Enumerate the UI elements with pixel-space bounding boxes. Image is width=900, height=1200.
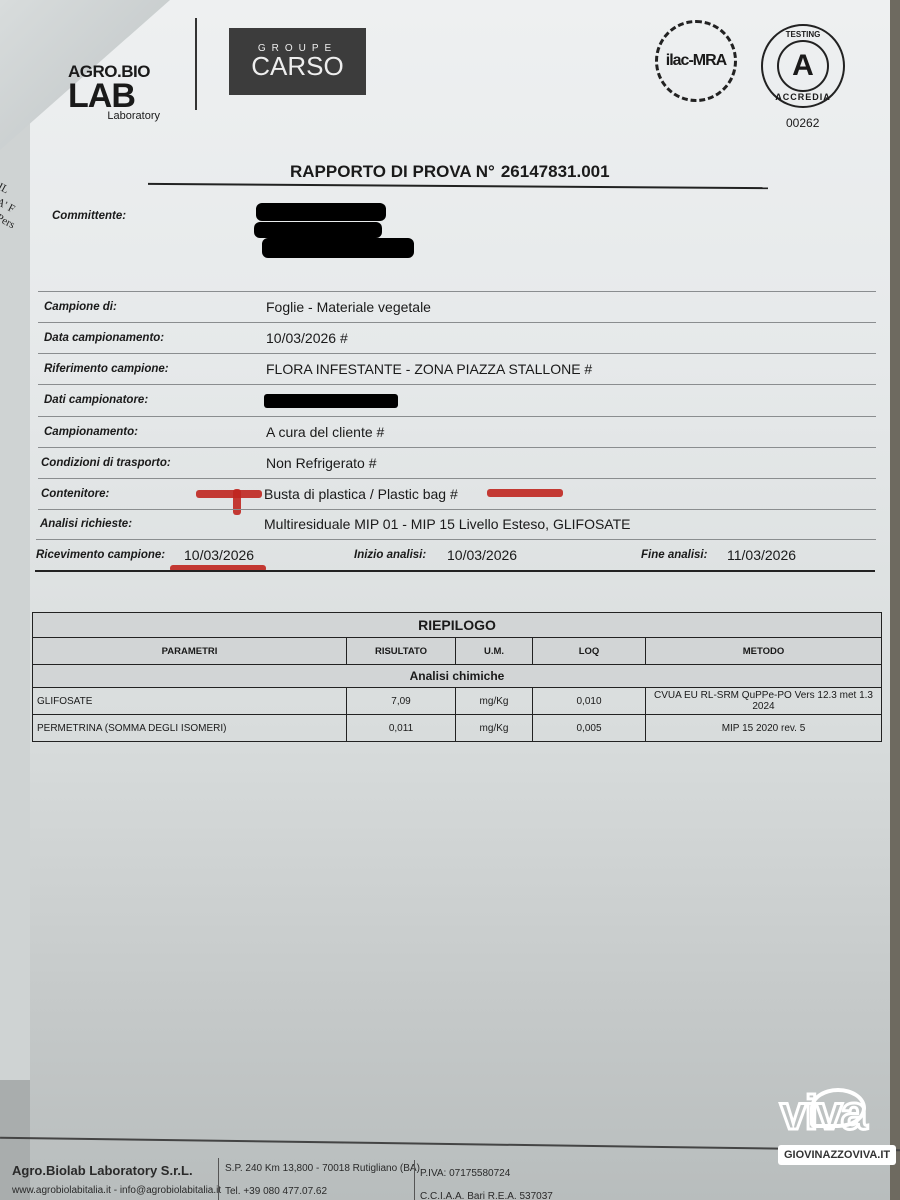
inizio-analisi-label: Inizio analisi: bbox=[354, 549, 426, 561]
desk-edge bbox=[890, 0, 900, 1200]
footer-separator bbox=[414, 1160, 415, 1200]
campione-value: Foglie - Materiale vegetale bbox=[266, 299, 431, 315]
ricevimento-value: 10/03/2026 bbox=[184, 547, 254, 563]
speech-bubble-icon bbox=[810, 1088, 866, 1128]
groupe-carso-logo: GROUPE CARSO bbox=[229, 28, 366, 95]
col-risultato: RISULTATO bbox=[347, 638, 456, 665]
accreditation-number: 00262 bbox=[786, 116, 819, 130]
report-number: 26147831.001 bbox=[501, 162, 610, 181]
accredia-logo: TESTING A ACCREDIA bbox=[761, 24, 845, 108]
accredia-a-icon: A bbox=[777, 40, 829, 92]
riferimento-value: FLORA INFESTANTE - ZONA PIAZZA STALLONE … bbox=[266, 361, 592, 377]
risultato-cell: 0,011 bbox=[347, 715, 456, 742]
footer-company: Agro.Biolab Laboratory S.r.L. bbox=[12, 1163, 193, 1178]
divider bbox=[38, 291, 876, 292]
um-cell: mg/Kg bbox=[456, 688, 533, 715]
committente-redaction bbox=[256, 203, 386, 221]
riepilogo-table: RIEPILOGO PARAMETRI RISULTATO U.M. LOQ M… bbox=[32, 612, 882, 742]
table-row: PERMETRINA (SOMMA DEGLI ISOMERI) 0,011 m… bbox=[33, 715, 882, 742]
watermark-site: GIOVINAZZOVIVA.IT bbox=[778, 1145, 896, 1165]
inizio-analisi-value: 10/03/2026 bbox=[447, 547, 517, 563]
report-title: RAPPORTO DI PROVA N°26147831.001 bbox=[290, 162, 610, 182]
col-um: U.M. bbox=[456, 638, 533, 665]
fine-analisi-label: Fine analisi: bbox=[641, 549, 707, 561]
divider bbox=[38, 447, 876, 448]
metodo-cell: MIP 15 2020 rev. 5 bbox=[646, 715, 882, 742]
condizioni-trasporto-value: Non Refrigerato # bbox=[266, 455, 377, 471]
red-marker-stroke bbox=[487, 489, 563, 497]
underlying-page-text: IL TA' F co Pers bbox=[0, 180, 30, 232]
divider bbox=[38, 509, 876, 510]
red-marker-stroke bbox=[233, 489, 241, 515]
divider bbox=[38, 384, 876, 385]
agrobiolab-logo: AGRO.BIO LAB Laboratory bbox=[68, 62, 168, 122]
campionamento-label: Campionamento: bbox=[44, 426, 138, 438]
footer-address: S.P. 240 Km 13,800 - 70018 Rutigliano (B… bbox=[225, 1163, 420, 1174]
logo-divider bbox=[195, 18, 197, 110]
divider bbox=[36, 539, 876, 540]
loq-cell: 0,010 bbox=[533, 688, 646, 715]
dati-campionatore-label: Dati campionatore: bbox=[44, 394, 148, 406]
footer-piva: P.IVA: 07175580724 bbox=[420, 1168, 510, 1179]
campionatore-redaction bbox=[264, 394, 398, 408]
divider bbox=[38, 478, 876, 479]
contenitore-value: Busta di plastica / Plastic bag # bbox=[264, 486, 458, 502]
ricevimento-label: Ricevimento campione: bbox=[36, 549, 165, 561]
um-cell: mg/Kg bbox=[456, 715, 533, 742]
section-rule bbox=[35, 570, 875, 572]
contenitore-label: Contenitore: bbox=[41, 488, 109, 500]
condizioni-trasporto-label: Condizioni di trasporto: bbox=[41, 457, 171, 469]
divider bbox=[38, 322, 876, 323]
committente-redaction bbox=[254, 222, 382, 238]
parametro-cell: GLIFOSATE bbox=[33, 688, 347, 715]
footer-tel: Tel. +39 080 477.07.62 bbox=[225, 1186, 327, 1197]
data-campionamento-label: Data campionamento: bbox=[44, 332, 164, 344]
col-loq: LOQ bbox=[533, 638, 646, 665]
loq-cell: 0,005 bbox=[533, 715, 646, 742]
footer-web-email: www.agrobiolabitalia.it - info@agrobiola… bbox=[12, 1185, 221, 1196]
campione-label: Campione di: bbox=[44, 301, 117, 313]
committente-label: Committente: bbox=[52, 210, 126, 222]
risultato-cell: 7,09 bbox=[347, 688, 456, 715]
footer-cciaa: C.C.I.A.A. Bari R.E.A. 537037 bbox=[420, 1191, 553, 1200]
red-marker-stroke bbox=[196, 490, 262, 498]
data-campionamento-value: 10/03/2026 # bbox=[266, 330, 348, 346]
campionamento-value: A cura del cliente # bbox=[266, 424, 384, 440]
table-row: GLIFOSATE 7,09 mg/Kg 0,010 CVUA EU RL-SR… bbox=[33, 688, 882, 715]
analisi-richieste-value: Multiresiduale MIP 01 - MIP 15 Livello E… bbox=[264, 516, 630, 532]
col-metodo: METODO bbox=[646, 638, 882, 665]
committente-redaction bbox=[262, 238, 414, 258]
riepilogo-title: RIEPILOGO bbox=[33, 613, 882, 638]
giovinazzoviva-watermark: viva GIOVINAZZOVIVA.IT bbox=[780, 1090, 890, 1138]
fine-analisi-value: 11/03/2026 bbox=[727, 547, 796, 563]
riferimento-label: Riferimento campione: bbox=[44, 363, 169, 375]
col-parametri: PARAMETRI bbox=[33, 638, 347, 665]
divider bbox=[38, 416, 876, 417]
parametro-cell: PERMETRINA (SOMMA DEGLI ISOMERI) bbox=[33, 715, 347, 742]
ilac-mra-logo: ilac-MRA bbox=[655, 20, 737, 102]
analisi-richieste-label: Analisi richieste: bbox=[40, 518, 132, 530]
footer-separator bbox=[218, 1158, 219, 1200]
divider bbox=[38, 353, 876, 354]
section-analisi-chimiche: Analisi chimiche bbox=[33, 665, 882, 688]
metodo-cell: CVUA EU RL-SRM QuPPe-PO Vers 12.3 met 1.… bbox=[646, 688, 882, 715]
